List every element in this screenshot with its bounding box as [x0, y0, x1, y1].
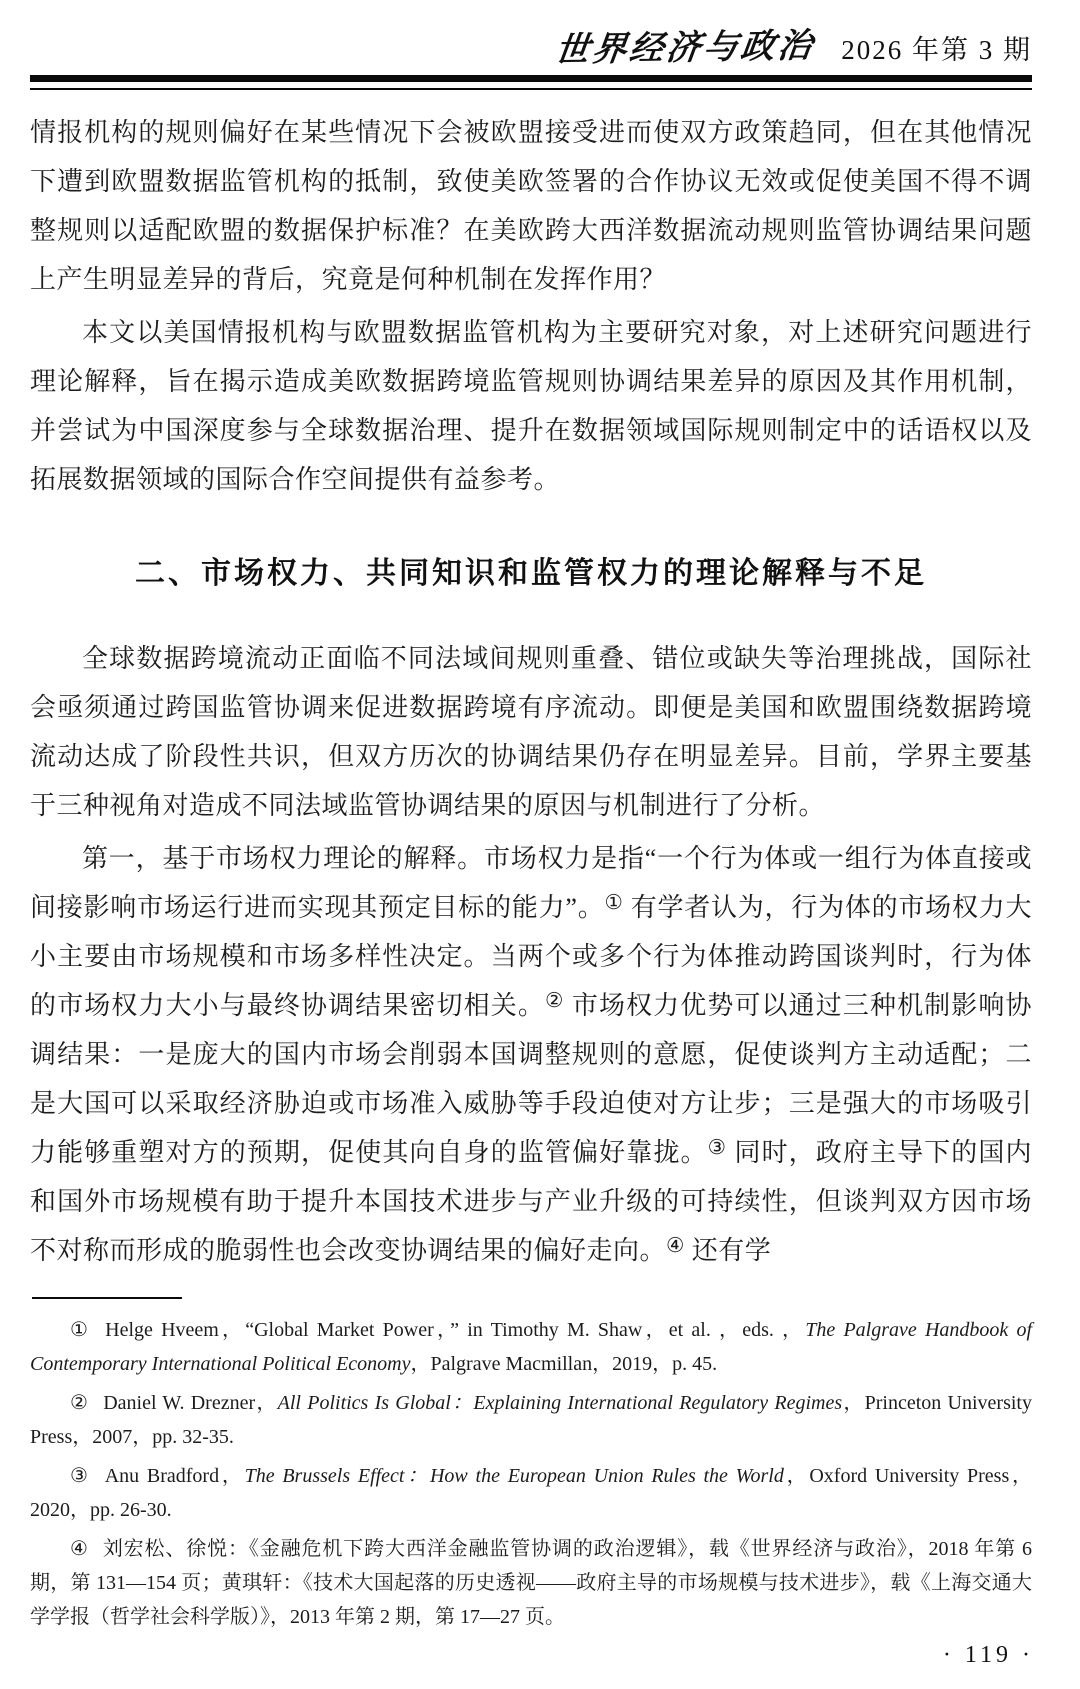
page-number: · 119 ·: [943, 1642, 1034, 1669]
header-line: 世界经济与政治 2026 年第 3 期: [30, 20, 1032, 66]
footnotes: ①Helge Hveem，“Global Market Power，” in T…: [30, 1313, 1032, 1634]
paragraph-continuation: 情报机构的规则偏好在某些情况下会被欧盟接受进而使双方政策趋同，但在其他情况下遭到…: [30, 108, 1032, 304]
header-rule-thin: [30, 88, 1032, 90]
page-header: 世界经济与政治 2026 年第 3 期: [30, 20, 1032, 90]
footnote-2: ②Daniel W. Drezner，All Politics Is Globa…: [30, 1386, 1032, 1454]
header-rule-thick: [30, 75, 1032, 82]
page-footer: ①Helge Hveem，“Global Market Power，” in T…: [30, 1297, 1032, 1634]
footnote-3: ③Anu Bradford，The Brussels Effect：How th…: [30, 1459, 1032, 1527]
paragraph-intro: 本文以美国情报机构与欧盟数据监管机构为主要研究对象，对上述研究问题进行理论解释，…: [30, 308, 1032, 504]
section-heading: 二、市场权力、共同知识和监管权力的理论解释与不足: [30, 548, 1032, 592]
footnote-separator: [32, 1297, 182, 1299]
paragraph-market-power-theory: 第一，基于市场权力理论的解释。市场权力是指“一个行为体或一组行为体直接或间接影响…: [30, 834, 1032, 1275]
journal-logo: 世界经济与政治: [553, 18, 819, 72]
issue-info: 2026 年第 3 期: [841, 28, 1032, 67]
footnote-1: ①Helge Hveem，“Global Market Power，” in T…: [30, 1313, 1032, 1381]
journal-page: 世界经济与政治 2026 年第 3 期 情报机构的规则偏好在某些情况下会被欧盟接…: [0, 0, 1080, 1689]
footnote-4: ④刘宏松、徐悦：《金融危机下跨大西洋金融监管协调的政治逻辑》，载《世界经济与政治…: [30, 1532, 1032, 1634]
article-body: 情报机构的规则偏好在某些情况下会被欧盟接受进而使双方政策趋同，但在其他情况下遭到…: [30, 108, 1032, 1275]
paragraph-governance-challenge: 全球数据跨境流动正面临不同法域间规则重叠、错位或缺失等治理挑战，国际社会亟须通过…: [30, 634, 1032, 830]
